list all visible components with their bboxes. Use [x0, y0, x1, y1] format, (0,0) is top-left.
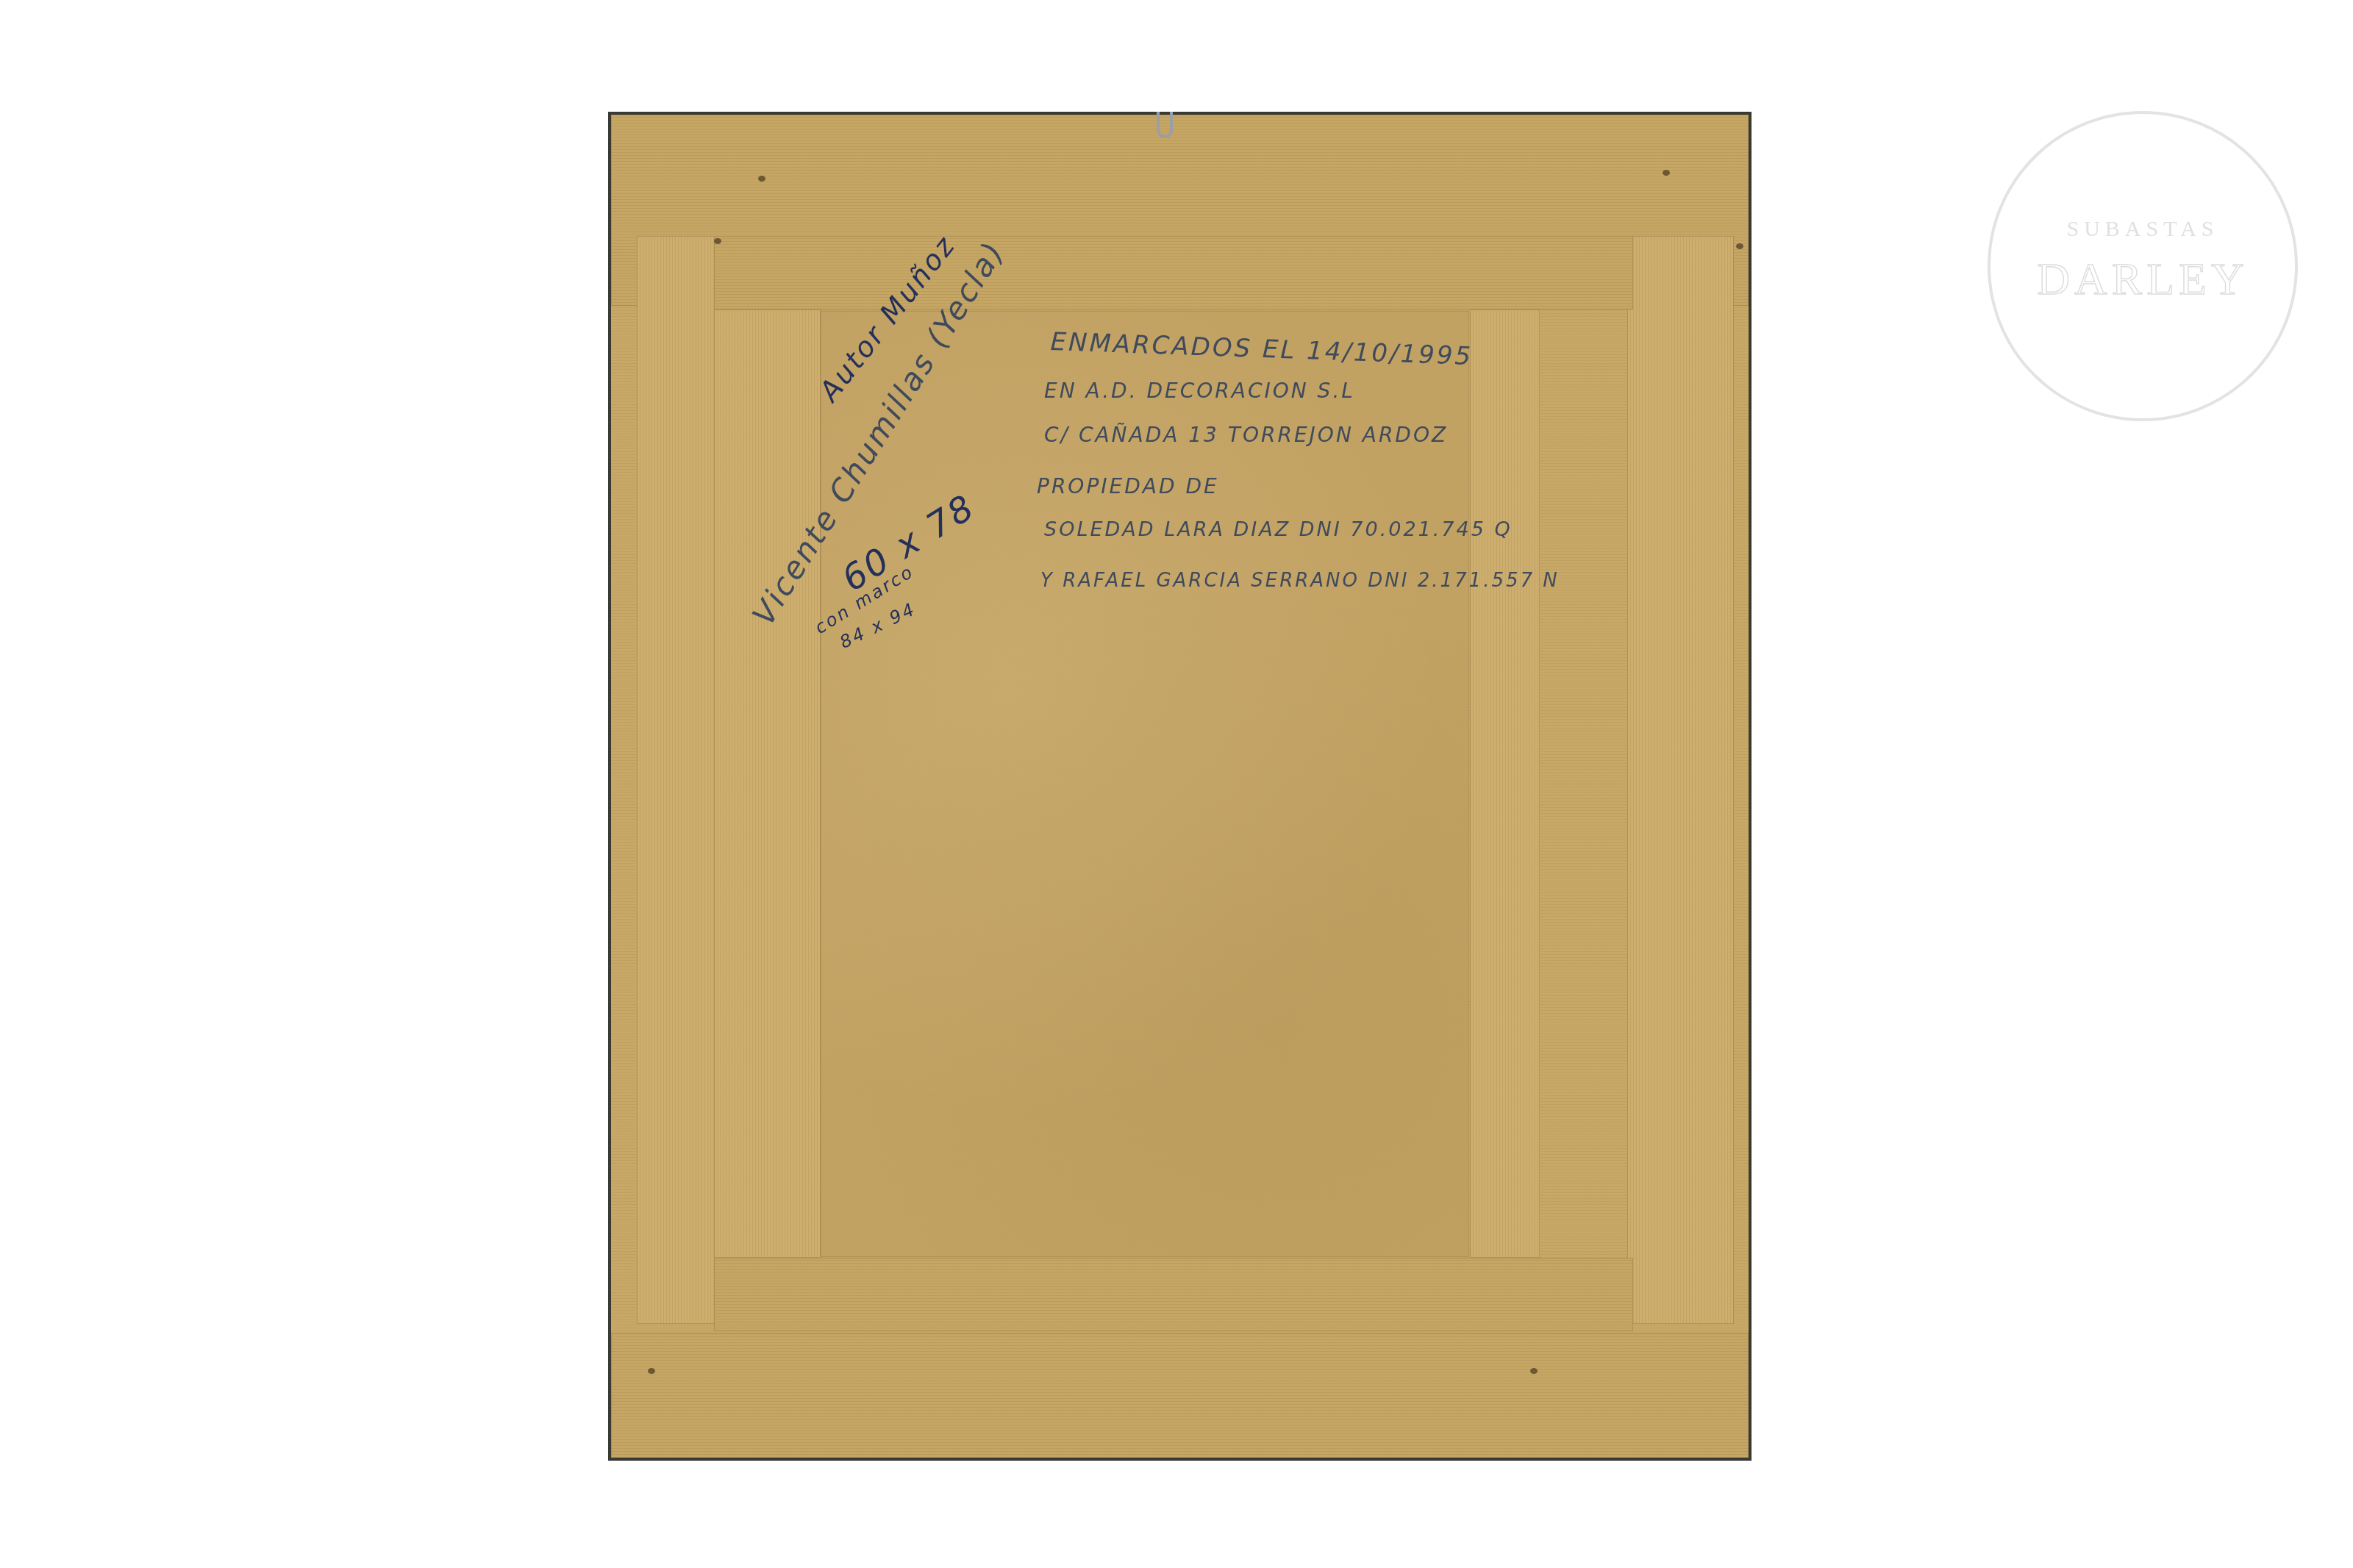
tape-right-inner	[1470, 309, 1540, 1258]
nail-hole	[1736, 243, 1743, 249]
nail-hole	[1663, 170, 1670, 176]
tape-bottom-inner	[714, 1258, 1633, 1331]
nail-hole	[648, 1368, 655, 1374]
watermark-line1: SUBASTAS	[1990, 217, 2295, 242]
tape-right-outer	[1627, 236, 1734, 1324]
nail-hole	[1530, 1368, 1538, 1374]
tape-bottom-outer	[611, 1333, 1749, 1458]
nail-hole	[714, 238, 721, 244]
hanging-hook-icon	[1157, 112, 1173, 138]
handwriting-provenance-line3: C/ CAÑADA 13 TORREJON ARDOZ	[1044, 423, 1448, 447]
subastas-darley-watermark: SUBASTAS DARLEY	[1988, 111, 2298, 421]
hardboard-panel	[821, 312, 1468, 1256]
nail-hole	[758, 176, 765, 182]
watermark-line2: DARLEY	[1990, 254, 2295, 306]
frame-back	[608, 112, 1752, 1461]
tape-top-inner	[714, 236, 1633, 309]
handwriting-provenance-line5: SOLEDAD LARA DIAZ DNI 70.021.745 Q	[1044, 518, 1513, 541]
handwriting-provenance-line4: PROPIEDAD DE	[1037, 474, 1219, 498]
handwriting-provenance-line2: EN A.D. DECORACION S.L	[1044, 379, 1355, 403]
handwriting-provenance-line6: Y RAFAEL GARCIA SERRANO DNI 2.171.557 N	[1040, 570, 1560, 592]
tape-left-inner	[714, 309, 821, 1258]
kraft-paper-backing	[611, 115, 1749, 1458]
